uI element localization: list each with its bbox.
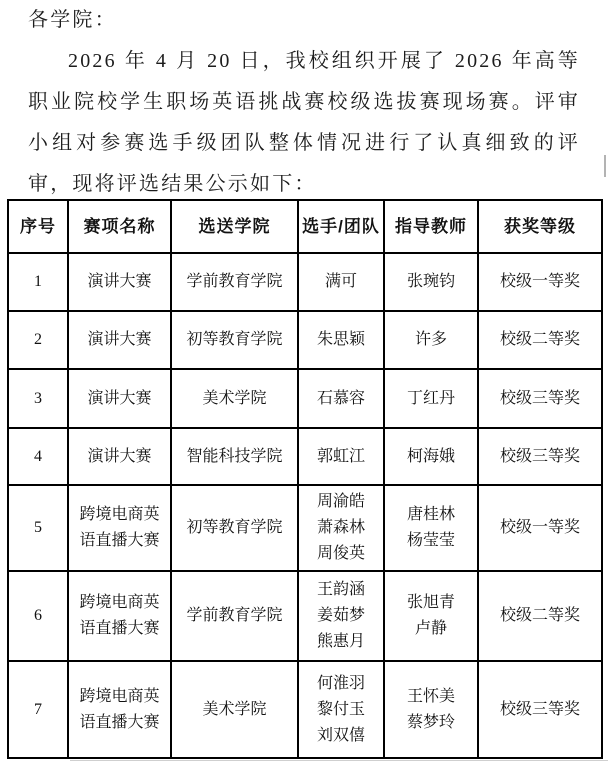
cell-college: 初等教育学院 [171,311,298,369]
cell-college: 学前教育学院 [171,253,298,311]
cell-no: 2 [8,311,68,369]
cell-award: 校级一等奖 [478,485,602,571]
cell-no: 5 [8,485,68,571]
team-member: 周渝皓 [302,489,380,515]
col-header-event: 赛项名称 [68,200,171,253]
col-header-college: 选送学院 [171,200,298,253]
team-member: 刘双僖 [302,723,380,749]
team-member: 王韵涵 [302,577,380,603]
teacher-name: 唐桂林 [388,502,474,528]
table-header-row: 序号 赛项名称 选送学院 选手/团队 指导教师 获奖等级 [8,200,602,253]
cell-college: 初等教育学院 [171,485,298,571]
col-header-teacher: 指导教师 [384,200,478,253]
teacher-name: 蔡梦玲 [388,710,474,736]
cell-no: 7 [8,661,68,758]
cell-teachers: 唐桂林 杨莹莹 [384,485,478,571]
scrollbar-thumb-fragment[interactable] [604,155,606,177]
table-row: 1 演讲大赛 学前教育学院 满可 张琬钧 校级一等奖 [8,253,602,311]
cell-event: 演讲大赛 [68,428,171,485]
teacher-name: 杨莹莹 [388,528,474,554]
cell-event: 演讲大赛 [68,311,171,369]
cell-team: 石慕容 [298,369,384,428]
cell-teachers: 丁红丹 [384,369,478,428]
cell-award: 校级一等奖 [478,253,602,311]
cell-teachers: 王怀美 蔡梦玲 [384,661,478,758]
cell-teachers: 张琬钧 [384,253,478,311]
cell-team: 朱思颖 [298,311,384,369]
cell-no: 4 [8,428,68,485]
cell-college: 学前教育学院 [171,571,298,661]
table-row: 6 跨境电商英语直播大赛 学前教育学院 王韵涵 姜茹梦 熊惠月 张旭青 卢静 校… [8,571,602,661]
teacher-name: 卢静 [388,616,474,642]
cell-college: 美术学院 [171,369,298,428]
cell-event: 跨境电商英语直播大赛 [68,485,171,571]
cell-team: 王韵涵 姜茹梦 熊惠月 [298,571,384,661]
notice-text-block: 各学院： 2026 年 4 月 20 日，我校组织开展了 2026 年高等职业院… [0,0,608,205]
table-row: 2 演讲大赛 初等教育学院 朱思颖 许多 校级二等奖 [8,311,602,369]
table-row: 4 演讲大赛 智能科技学院 郭虹江 柯海娥 校级三等奖 [8,428,602,485]
col-header-team: 选手/团队 [298,200,384,253]
team-member: 熊惠月 [302,629,380,655]
cell-college: 美术学院 [171,661,298,758]
cell-teachers: 许多 [384,311,478,369]
team-member: 姜茹梦 [302,603,380,629]
team-member: 萧森林 [302,515,380,541]
table-row: 7 跨境电商英语直播大赛 美术学院 何淮羽 黎付玉 刘双僖 王怀美 蔡梦玲 校级… [8,661,602,758]
cell-award: 校级三等奖 [478,661,602,758]
teacher-name: 张旭青 [388,590,474,616]
cell-award: 校级三等奖 [478,369,602,428]
cell-no: 6 [8,571,68,661]
cell-team: 郭虹江 [298,428,384,485]
cell-event: 演讲大赛 [68,253,171,311]
results-table: 序号 赛项名称 选送学院 选手/团队 指导教师 获奖等级 1 演讲大赛 学前教育… [7,199,603,759]
table-row: 5 跨境电商英语直播大赛 初等教育学院 周渝皓 萧森林 周俊英 唐桂林 杨莹莹 … [8,485,602,571]
cell-teachers: 柯海娥 [384,428,478,485]
cell-no: 1 [8,253,68,311]
cell-teachers: 张旭青 卢静 [384,571,478,661]
document-page: 各学院： 2026 年 4 月 20 日，我校组织开展了 2026 年高等职业院… [0,0,608,764]
table-row: 3 演讲大赛 美术学院 石慕容 丁红丹 校级三等奖 [8,369,602,428]
team-member: 周俊英 [302,541,380,567]
cell-team: 周渝皓 萧森林 周俊英 [298,485,384,571]
cell-event: 跨境电商英语直播大赛 [68,661,171,758]
cell-no: 3 [8,369,68,428]
cell-award: 校级二等奖 [478,311,602,369]
cell-event: 跨境电商英语直播大赛 [68,571,171,661]
cell-college: 智能科技学院 [171,428,298,485]
team-member: 何淮羽 [302,671,380,697]
col-header-no: 序号 [8,200,68,253]
cell-team: 满可 [298,253,384,311]
body-paragraph: 2026 年 4 月 20 日，我校组织开展了 2026 年高等职业院校学生职场… [28,41,580,205]
cell-award: 校级二等奖 [478,571,602,661]
salutation: 各学院： [28,0,580,41]
cell-team: 何淮羽 黎付玉 刘双僖 [298,661,384,758]
page-bottom-divider [70,760,608,761]
team-member: 黎付玉 [302,697,380,723]
cell-award: 校级三等奖 [478,428,602,485]
cell-event: 演讲大赛 [68,369,171,428]
col-header-award: 获奖等级 [478,200,602,253]
teacher-name: 王怀美 [388,684,474,710]
